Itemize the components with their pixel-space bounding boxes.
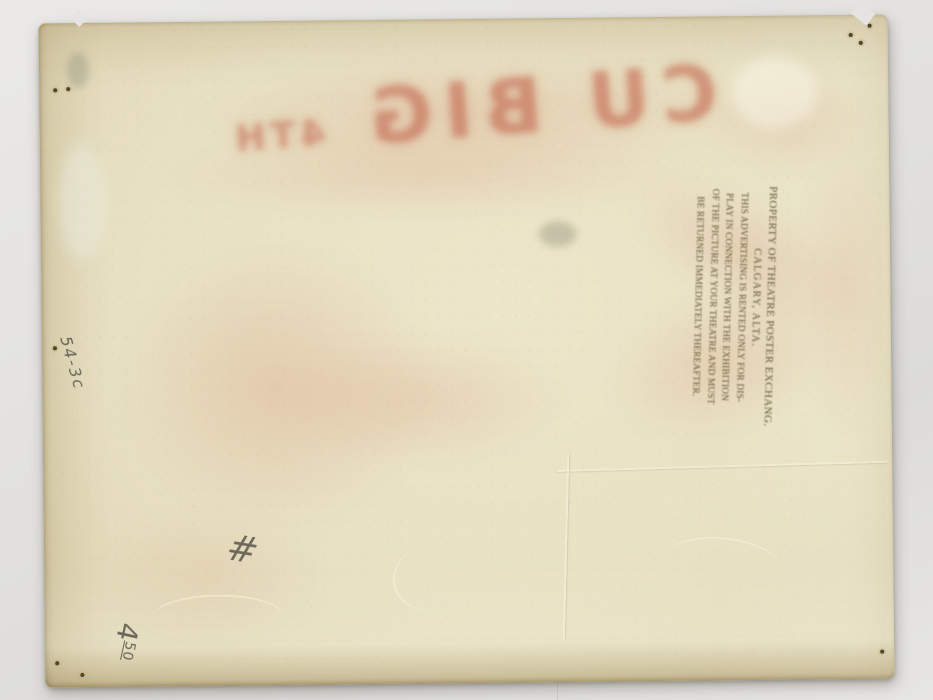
gray-smudge [67, 52, 89, 88]
theatre-poster-exchange-stamp: PROPERTY OF THEATRE POSTER EXCHANG. CALG… [687, 184, 780, 410]
poster-back-paper: CU BIG 4TH PROPERTY OF THEATRE POSTER EX… [39, 15, 895, 688]
pin-hole [859, 41, 863, 45]
pin-hole [880, 650, 884, 654]
pin-hole [66, 87, 70, 91]
pin-hole [868, 24, 872, 28]
pin-hole [53, 88, 57, 92]
photo-background: CU BIG 4TH PROPERTY OF THEATRE POSTER EX… [0, 0, 933, 700]
pin-hole [80, 673, 84, 677]
pin-hole [849, 33, 853, 37]
pin-hole [53, 346, 57, 350]
price-cents: 50 [118, 640, 138, 663]
pin-hole [55, 661, 59, 665]
